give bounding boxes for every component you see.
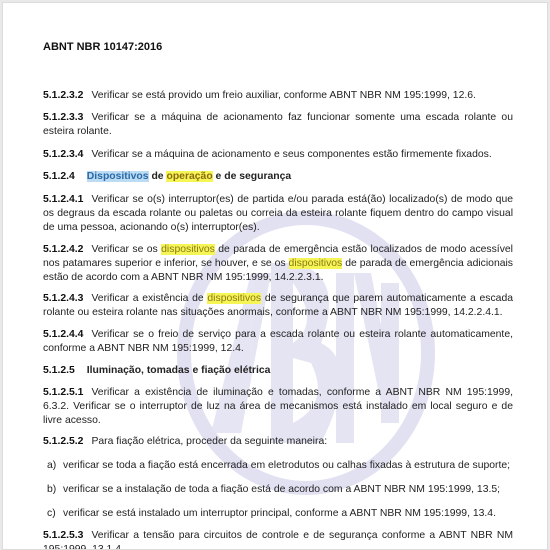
document-page: ABNT NBR 10147:2016 5.1.2.3.2Verificar s… [2,2,548,550]
highlight-operacao[interactable]: operação [166,171,212,182]
clause-5-1-2-5-2: 5.1.2.5.2Para fiação elétrica, proceder … [43,435,513,449]
clause-number: 5.1.2.5.1 [43,387,83,398]
list-marker: c) [47,507,63,521]
clause-text: Verificar a existência de [91,293,207,304]
clause-number: 5.1.2.5 [43,365,75,376]
clause-text: Verificar se a máquina de acionamento e … [91,149,491,160]
clause-text: Verificar a existência de iluminação e t… [43,387,513,426]
clause-number: 5.1.2.4.3 [43,293,83,304]
clause-5-1-2-3-3: 5.1.2.3.3Verificar se a máquina de acion… [43,111,513,139]
clause-5-1-2-4-4: 5.1.2.4.4Verificar se o freio de serviço… [43,328,513,356]
clause-number: 5.1.2.4.1 [43,194,83,205]
clause-5-1-2-4-2: 5.1.2.4.2Verificar se os dispositivos de… [43,243,513,285]
clause-5-1-2-5-3: 5.1.2.5.3Verificar a tensão para circuit… [43,529,513,550]
clause-text: Verificar a tensão para circuitos de con… [43,530,513,550]
clause-5-1-2-5-1: 5.1.2.5.1Verificar a existência de ilumi… [43,386,513,428]
list-marker: a) [47,459,63,473]
clause-text: Verificar se o freio de serviço para a e… [43,329,513,354]
clause-5-1-2-4-1: 5.1.2.4.1Verificar se o(s) interruptor(e… [43,193,513,235]
heading-text: e de segurança [213,171,292,182]
highlight-dispositivos[interactable]: dispositivos [289,258,343,269]
clause-5-1-2-4-3: 5.1.2.4.3Verificar a existência de dispo… [43,292,513,320]
clause-number: 5.1.2.4.4 [43,329,83,340]
clause-5-1-2-3-4: 5.1.2.3.4Verificar se a máquina de acion… [43,148,513,162]
clause-text: Verificar se o(s) interruptor(es) de par… [43,194,513,233]
list-item-text: verificar se a instalação de toda a fiaç… [63,484,500,495]
list-item-a: a)verificar se toda a fiação está encerr… [47,459,513,473]
clause-text: Verificar se está provido um freio auxil… [91,90,475,101]
clause-number: 5.1.2.3.4 [43,149,83,160]
list-marker: b) [47,483,63,497]
heading-5-1-2-5: 5.1.2.5Iluminação, tomadas e fiação elét… [43,364,513,378]
clause-text: Verificar se os [91,244,161,255]
clause-5-1-2-3-2: 5.1.2.3.2Verificar se está provido um fr… [43,89,513,103]
clause-number: 5.1.2.3.2 [43,90,83,101]
list-item-b: b)verificar se a instalação de toda a fi… [47,483,513,497]
list-item-c: c)verificar se está instalado um interru… [47,507,513,521]
highlight-dispositivos[interactable]: Dispositivos [87,171,149,182]
highlight-dispositivos[interactable]: dispositivos [207,293,261,304]
clause-number: 5.1.2.5.3 [43,530,83,541]
clause-text: Verificar se a máquina de acionamento fa… [43,112,513,137]
clause-text: Para fiação elétrica, proceder da seguin… [91,436,327,447]
heading-text: Iluminação, tomadas e fiação elétrica [87,365,271,376]
clause-number: 5.1.2.4 [43,171,75,182]
clause-number: 5.1.2.5.2 [43,436,83,447]
clause-number: 5.1.2.3.3 [43,112,83,123]
list-item-text: verificar se está instalado um interrupt… [63,508,496,519]
clause-number: 5.1.2.4.2 [43,244,83,255]
list-item-text: verificar se toda a fiação está encerrad… [63,460,510,471]
highlight-dispositivos[interactable]: dispositivos [161,244,215,255]
heading-text: de [149,171,167,182]
heading-5-1-2-4: 5.1.2.4Dispositivos de operação e de seg… [43,170,513,184]
document-code: ABNT NBR 10147:2016 [43,41,162,53]
